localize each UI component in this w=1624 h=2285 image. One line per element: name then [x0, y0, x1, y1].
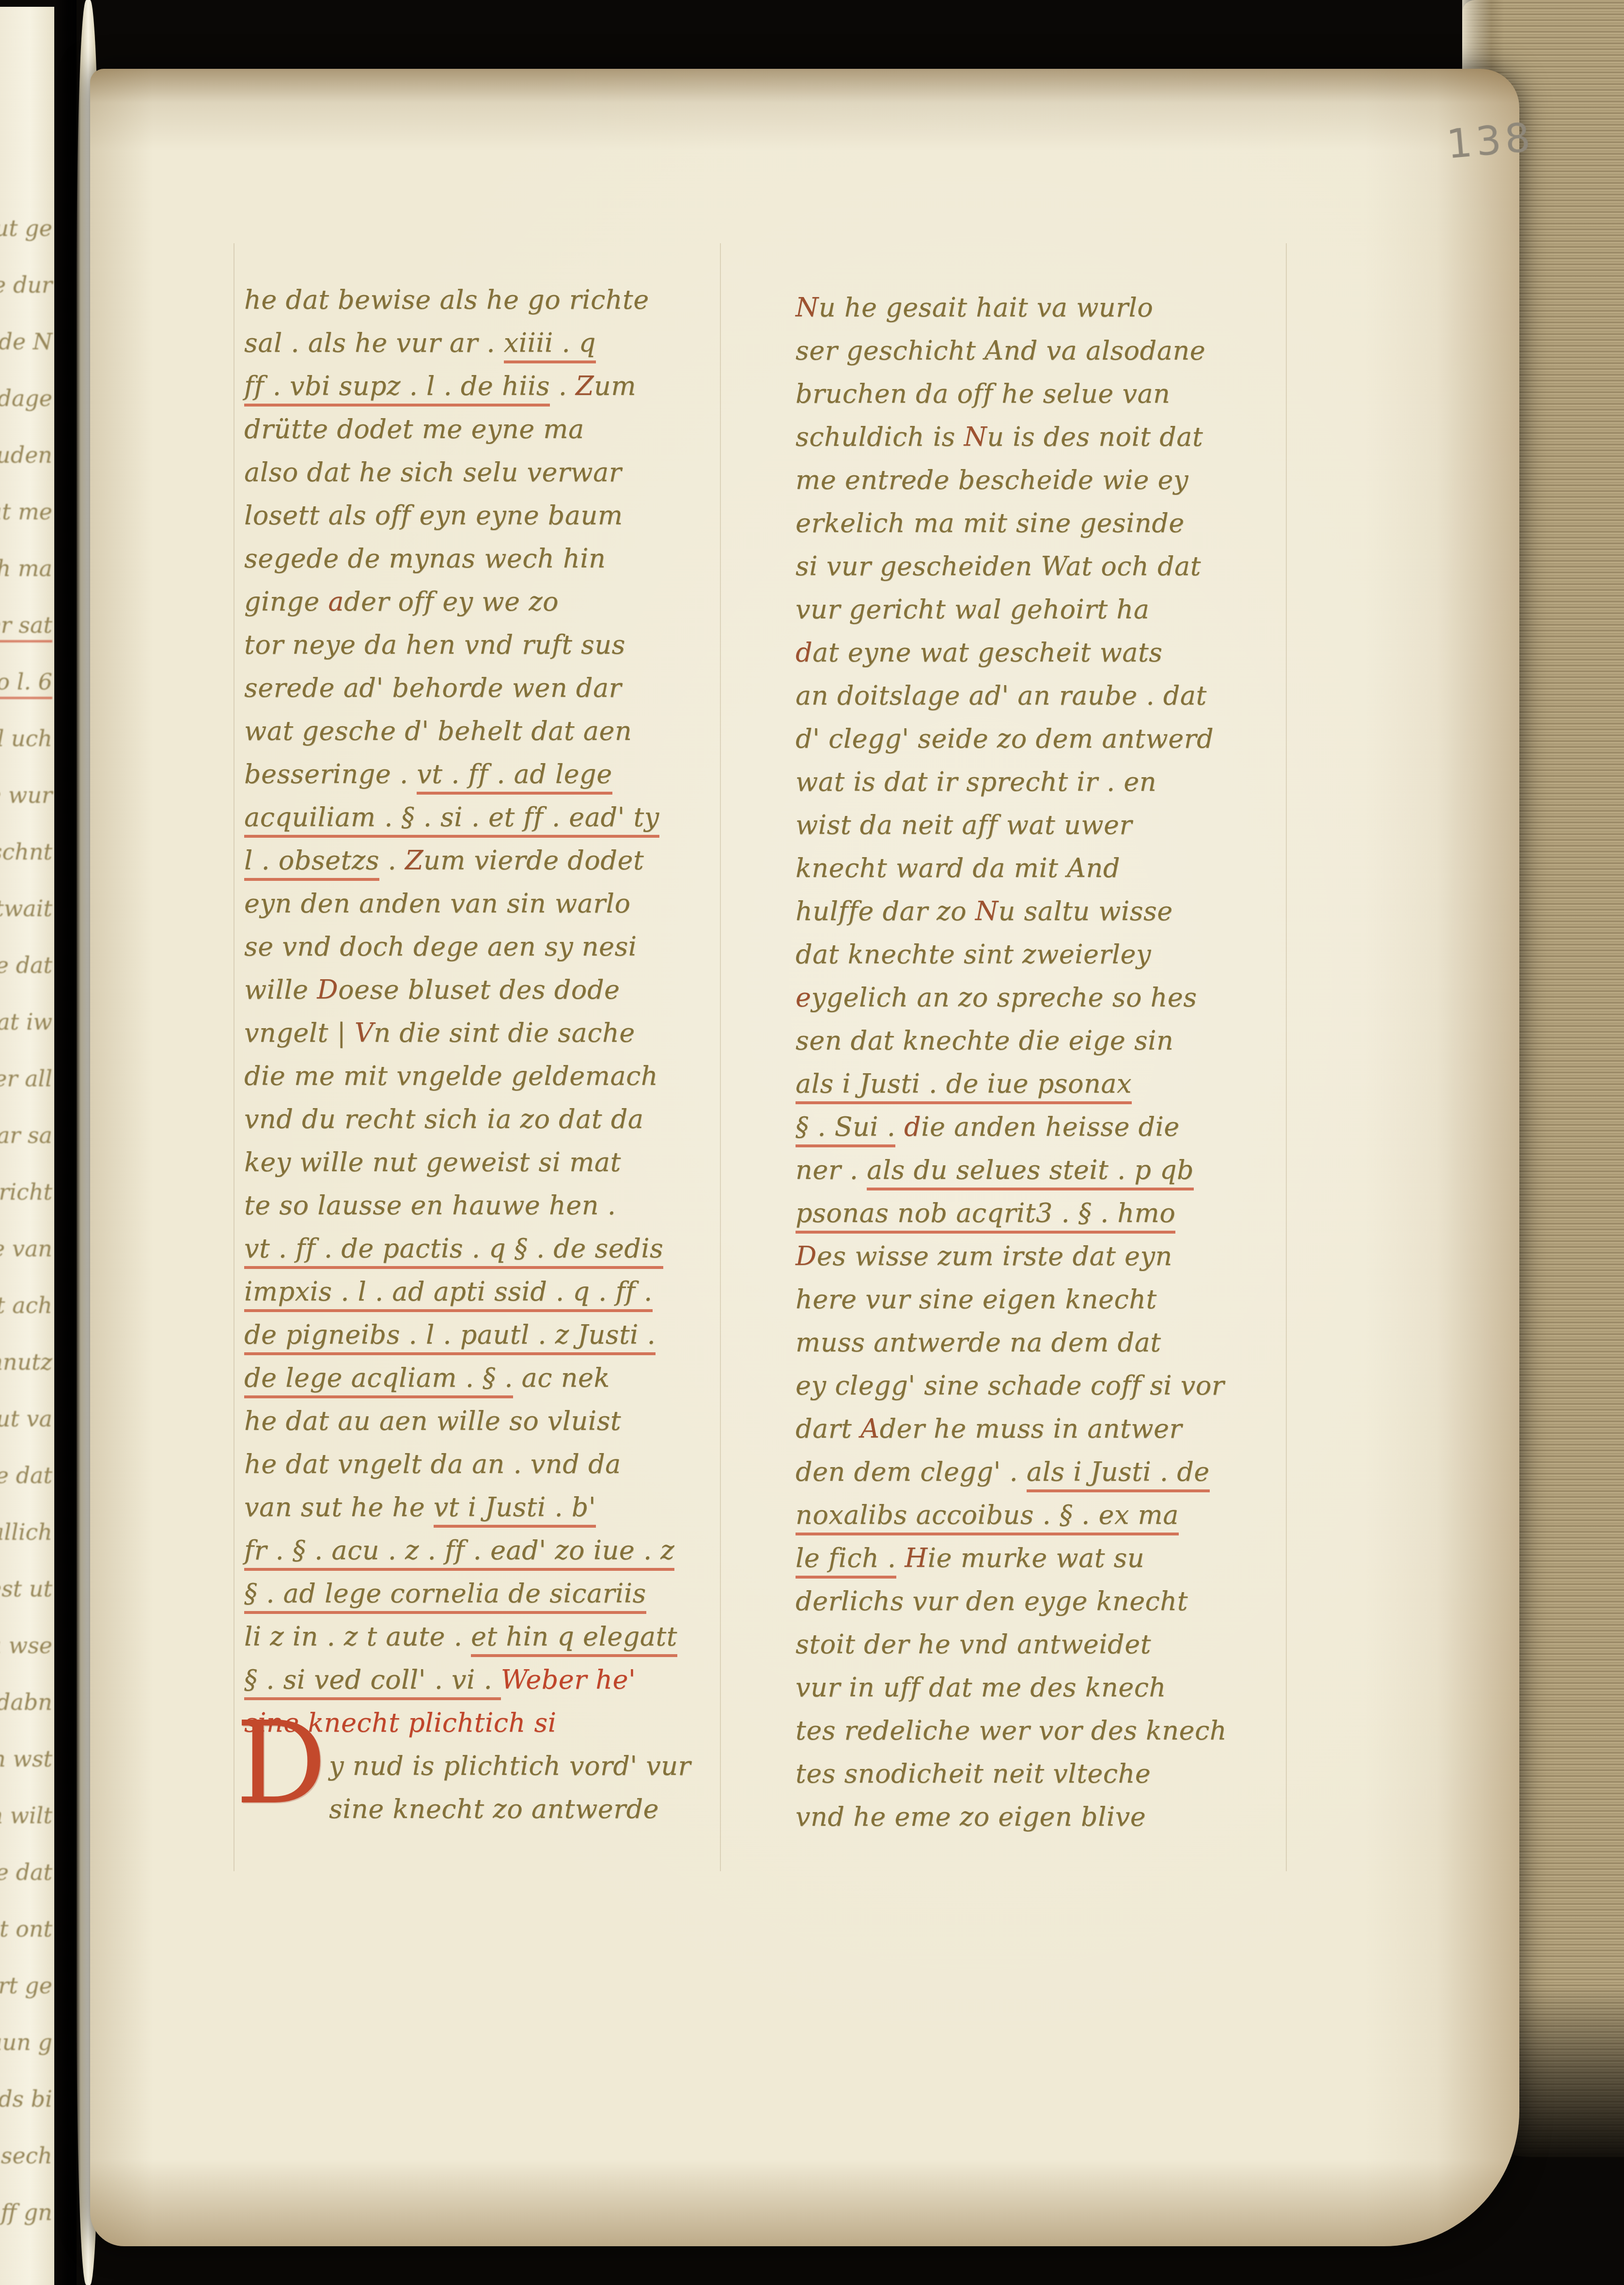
text-line: se vnd doch dege aen sy nesi — [244, 925, 734, 968]
previous-page-text-fragment: s her sat — [0, 612, 52, 642]
text-line: here vur sine eigen knecht — [796, 1278, 1295, 1321]
manuscript-text — [896, 1543, 905, 1573]
manuscript-text: u saltu wisse — [999, 896, 1173, 926]
text-line: me entrede bescheide wie ey — [796, 458, 1295, 501]
manuscript-text: vt . ff . de pactis . q § . de sedis — [244, 1233, 663, 1269]
previous-page-text-fragment: hade N — [0, 329, 52, 355]
manuscript-text: § . ad lege cornelia de sicariis — [244, 1578, 646, 1614]
manuscript-text: n die sint die sache — [374, 1017, 635, 1048]
manuscript-text: de lege acqliam . § . — [244, 1362, 513, 1398]
text-line: wist da neit aff wat uwer — [796, 803, 1295, 846]
previous-page-text-fragment: geschnt ach — [0, 1292, 52, 1318]
text-line: noxalibs accoibus . § . ex ma — [796, 1493, 1295, 1536]
text-line: l . obsetzs . Zum vierde dodet — [244, 839, 734, 882]
text-line: tes snodicheit neit vlteche — [796, 1752, 1295, 1795]
manuscript-text: u he gesait hait va wurlo — [819, 292, 1153, 323]
manuscript-text: der he muss in antwer — [879, 1413, 1182, 1444]
manuscript-text: oese bluset des dode — [338, 974, 620, 1005]
manuscript-text: drütte dodet me eyne ma — [244, 414, 584, 444]
manuscript-text: schuldich is — [796, 422, 964, 452]
text-line: dart Ader he muss in antwer — [796, 1407, 1295, 1450]
manuscript-text: knecht ward da mit And — [796, 853, 1120, 883]
manuscript-text: vt i Justi . b' — [434, 1492, 596, 1528]
manuscript-text: he dat bewise als he go richte — [244, 284, 649, 315]
previous-page-text-fragment: mach ma — [0, 555, 52, 581]
manuscript-text: ey clegg' sine schade coff si vor — [796, 1370, 1224, 1401]
previous-page-text-fragment: lich geschnt — [0, 839, 52, 865]
manuscript-text: noxalibs accoibus . § . ex ma — [796, 1500, 1179, 1535]
manuscript-text: sine knecht zo antwerde — [329, 1794, 659, 1824]
manuscript-text: als i Justi . de iue psonax — [796, 1068, 1132, 1104]
text-line: ser geschicht And va alsodane — [796, 329, 1295, 372]
previous-page-text-fragment: wortwait — [0, 895, 52, 922]
manuscript-text: N — [964, 422, 987, 452]
manuscript-text: impxis . l . ad apti ssid . q . ff . — [244, 1276, 653, 1312]
text-line: § . ad lege cornelia de sicariis — [244, 1572, 734, 1615]
text-line: van sut he he vt i Justi . b' — [244, 1486, 734, 1529]
text-line: de pigneibs . l . pautl . z Justi . — [244, 1313, 734, 1356]
manuscript-text: se vnd doch dege aen sy nesi — [244, 931, 637, 962]
manuscript-text: sal . als he vur ar . — [244, 328, 504, 358]
previous-page-text-fragment: hse dur — [0, 272, 52, 298]
text-line: schuldich is Nu is des noit dat — [796, 415, 1295, 458]
text-line: vur gericht wal gehoirt ha — [796, 588, 1295, 631]
text-line: derlichs vur den eyge knecht — [796, 1580, 1295, 1623]
manuscript-text: van sut he he — [244, 1492, 434, 1522]
manuscript-text: vnd du recht sich ia zo dat da — [244, 1104, 644, 1134]
previous-page-text-fragment: de wur — [0, 782, 52, 808]
manuscript-text: hulffe dar zo — [796, 896, 975, 926]
manuscript-text: te so lausse en hauwe hen . — [244, 1190, 616, 1221]
manuscript-text: § . si ved coll' . vi . — [244, 1664, 501, 1700]
manuscript-text: fr . § . acu . z . ff . ead' zo iue . z — [244, 1535, 674, 1571]
previous-page-text-fragment: wat iw — [0, 1009, 52, 1035]
manuscript-text: § . Sui . — [796, 1111, 895, 1147]
text-column-left: D he dat bewise als he go richtesal . al… — [244, 278, 734, 1831]
manuscript-text: d — [904, 1111, 921, 1142]
previous-page-text-fragment: d erbricht — [0, 1179, 52, 1205]
manuscript-text: als i Justi . de — [1027, 1456, 1210, 1492]
previous-page-text-fragment: mia sal uch — [0, 725, 52, 751]
manuscript-text: wille — [244, 974, 317, 1005]
manuscript-text: losett als off eyn eyne baum — [244, 500, 623, 531]
manuscript-text: a — [328, 586, 344, 617]
manuscript-text: der off ey we zo — [344, 586, 559, 617]
manuscript-text: dart — [796, 1413, 860, 1444]
text-line: de lege acqliam . § . ac nek — [244, 1356, 734, 1399]
previous-page-text-fragment: dat fut va — [0, 1406, 52, 1432]
text-line: sen dat knechte die eige sin — [796, 1019, 1295, 1062]
manuscript-text: e — [796, 982, 811, 1013]
previous-page-text-fragment: u pert ge — [0, 1972, 52, 1999]
manuscript-text: Z — [576, 371, 594, 401]
previous-page-text-fragment: fut ge — [0, 215, 52, 241]
manuscript-text: also dat he sich selu verwar — [244, 457, 622, 487]
text-line: wille Doese bluset des dode — [244, 968, 734, 1011]
text-line: § . Sui . die anden heisse die — [796, 1105, 1295, 1148]
text-line: wat gesche d' behelt dat aen — [244, 709, 734, 752]
manuscript-text: um — [594, 371, 636, 401]
red-initial-D: D — [235, 1715, 327, 1812]
manuscript-text: den dem clegg' . — [796, 1456, 1027, 1487]
manuscript-text: die me mit vngelde geldemach — [244, 1061, 658, 1091]
manuscript-text: he dat vngelt da an . vnd da — [244, 1449, 621, 1479]
manuscript-text: ie anden heisse die — [921, 1111, 1180, 1142]
text-line: he dat bewise als he go richte — [244, 278, 734, 321]
text-line: an doitslage ad' an raube . dat — [796, 674, 1295, 717]
text-line: hulffe dar zo Nu saltu wisse — [796, 890, 1295, 933]
manuscript-text: de pigneibs . l . pautl . z Justi . — [244, 1319, 656, 1355]
manuscript-text: ie murke wat su — [928, 1543, 1144, 1573]
previous-page-text-fragment: lat ff gn — [0, 2199, 52, 2225]
manuscript-text: et hin q elegatt — [471, 1621, 677, 1657]
manuscript-text: D — [317, 974, 338, 1005]
text-line: muss antwerde na dem dat — [796, 1321, 1295, 1364]
manuscript-text: dat knechte sint zweierley — [796, 939, 1151, 970]
manuscript-text: besseringe . — [244, 759, 417, 789]
text-line: si vur gescheiden Wat och dat — [796, 545, 1295, 588]
manuscript-text: wat is dat ir sprecht ir . en — [796, 767, 1156, 797]
manuscript-text: xiiii . q — [504, 328, 596, 363]
text-line: wat is dat ir sprecht ir . en — [796, 760, 1295, 803]
manuscript-text: erkelich ma mit sine gesinde — [796, 508, 1185, 538]
text-line: tes redeliche wer vor des knech — [796, 1709, 1295, 1752]
previous-page-text-fragment: dat me — [0, 499, 52, 525]
manuscript-text: . — [379, 845, 405, 876]
manuscript-text: at eyne wat gescheit wats — [812, 637, 1162, 668]
text-line: knecht ward da mit And — [796, 846, 1295, 890]
manuscript-photo: fut gehse durhade Noch dageschaudendat m… — [0, 0, 1624, 2285]
previous-page-text-fragment: ader all — [0, 1065, 52, 1092]
previous-page-text-fragment: och dage — [0, 385, 52, 411]
previous-page-text-fragment: her donnutz — [0, 1349, 52, 1375]
manuscript-text: u is des noit dat — [987, 422, 1203, 452]
manuscript-text: Z — [405, 845, 423, 876]
manuscript-text: eyn den anden van sin warlo — [244, 888, 630, 919]
text-line: vur in uff dat me des knech — [796, 1666, 1295, 1709]
previous-page-text-fragment: insecto l. 6 — [0, 669, 52, 699]
text-line: Nu he gesait hait va wurlo — [796, 286, 1295, 329]
manuscript-text: ygelich an zo spreche so hes — [811, 982, 1197, 1013]
manuscript-text: wat gesche d' behelt dat aen — [244, 716, 632, 746]
text-line: als i Justi . de iue psonax — [796, 1062, 1295, 1105]
text-line: bruchen da off he selue van — [796, 372, 1295, 415]
manuscript-text: acquiliam . § . si . et ff . ead' ty — [244, 802, 659, 838]
manuscript-text: sen dat knechte die eige sin — [796, 1025, 1173, 1056]
text-line: § . si ved coll' . vi . Weber he' — [244, 1658, 734, 1701]
manuscript-text: vnd he eme zo eigen blive — [796, 1801, 1146, 1832]
manuscript-text: vur gericht wal gehoirt ha — [796, 594, 1149, 625]
text-line: le fich . Hie murke wat su — [796, 1536, 1295, 1580]
manuscript-text: es wisse zum irste dat eyn — [817, 1241, 1172, 1271]
manuscript-text: V — [355, 1017, 374, 1048]
text-line: eygelich an zo spreche so hes — [796, 976, 1295, 1019]
text-line: he dat vngelt da an . vnd da — [244, 1442, 734, 1486]
text-line: losett als off eyn eyne baum — [244, 494, 734, 537]
text-line: key wille nut geweist si mat — [244, 1141, 734, 1184]
previous-page-text-fragment: uller mallich — [0, 1519, 52, 1545]
ruling-line — [234, 243, 234, 1871]
previous-page-strip: fut gehse durhade Noch dageschaudendat m… — [0, 7, 54, 2285]
manuscript-text: li z in . z t aute . — [244, 1621, 471, 1652]
manuscript-page: 138 D he dat bewise als he go richtesal … — [90, 69, 1519, 2246]
manuscript-text: . — [550, 371, 576, 401]
manuscript-text: he dat au aen wille so vluist — [244, 1406, 621, 1436]
manuscript-text: ner . — [796, 1155, 867, 1185]
manuscript-text: N — [975, 896, 999, 926]
text-line: he dat au aen wille so vluist — [244, 1399, 734, 1442]
manuscript-text: key wille nut geweist si mat — [244, 1147, 621, 1177]
manuscript-text: segede de mynas wech hin — [244, 543, 606, 574]
text-line: impxis . l . ad apti ssid . q . ff . — [244, 1270, 734, 1313]
text-line: stoit der he vnd antweidet — [796, 1623, 1295, 1666]
manuscript-text: tes snodicheit neit vlteche — [796, 1758, 1151, 1789]
previous-page-text-fragment: heit ont — [0, 1916, 52, 1942]
folio-number: 138 — [1445, 113, 1555, 168]
text-line: drütte dodet me eyne ma — [244, 407, 734, 451]
manuscript-text: psonas nob acqrit3 . § . hmo — [796, 1198, 1175, 1234]
text-line: li z in . z t aute . et hin q elegatt — [244, 1615, 734, 1658]
text-line: erkelich ma mit sine gesinde — [796, 501, 1295, 545]
manuscript-text: derlichs vur den eyge knecht — [796, 1586, 1188, 1616]
previous-page-text-fragment: zum wst — [0, 1746, 52, 1772]
manuscript-text: d' clegg' seide zo dem antwerd — [796, 723, 1214, 754]
manuscript-text: y nud is plichtich vord' vur — [329, 1751, 691, 1781]
text-line: acquiliam . § . si . et ff . ead' ty — [244, 796, 734, 839]
text-line: dat eyne wat gescheit wats — [796, 631, 1295, 674]
manuscript-text: ginge — [244, 586, 328, 617]
manuscript-text: H — [905, 1543, 928, 1573]
previous-page-text-fragment: l hie van — [0, 1236, 52, 1262]
text-line: vnd he eme zo eigen blive — [796, 1795, 1295, 1838]
text-line: also dat he sich selu verwar — [244, 451, 734, 494]
manuscript-text: als du selues steit . p qb — [867, 1155, 1194, 1190]
manuscript-text: um vierde dodet — [423, 845, 644, 876]
previous-page-text-fragment: schauden — [0, 442, 52, 468]
text-line: te so lausse en hauwe hen . — [244, 1184, 734, 1227]
gutter-shadow — [54, 0, 77, 2285]
text-line: den dem clegg' . als i Justi . de — [796, 1450, 1295, 1493]
previous-page-text-fragment: bewar sa — [0, 1122, 52, 1148]
previous-page-text-fragment: e aen sech — [0, 2143, 52, 2169]
manuscript-text: l . obsetzs — [244, 845, 379, 881]
manuscript-text: N — [796, 292, 819, 323]
manuscript-text: wist da neit aff wat uwer — [796, 810, 1132, 840]
manuscript-text: A — [860, 1413, 880, 1444]
text-line: ginge ader off ey we zo — [244, 580, 734, 623]
text-line: psonas nob acqrit3 . § . hmo — [796, 1191, 1295, 1235]
previous-page-text-fragment: golde De dat — [0, 1462, 52, 1488]
manuscript-text: muss antwerde na dem dat — [796, 1327, 1161, 1358]
manuscript-text: tes redeliche wer vor des knech — [796, 1715, 1227, 1746]
text-column-right: Nu he gesait hait va wurloser geschicht … — [796, 286, 1295, 1838]
text-line: serede ad' behorde wen dar — [244, 666, 734, 709]
manuscript-text: vngelt | — [244, 1017, 355, 1048]
manuscript-text: le fich . — [796, 1543, 896, 1579]
manuscript-text: vur in uff dat me des knech — [796, 1672, 1166, 1703]
text-line: tor neye da hen vnd ruft sus — [244, 623, 734, 666]
previous-page-text-fragment: melaun g — [0, 2029, 52, 2055]
previous-page-text-fragment: solde dat — [0, 952, 52, 978]
text-line: Des wisse zum irste dat eyn — [796, 1235, 1295, 1278]
manuscript-text — [895, 1111, 904, 1142]
previous-page-text-fragment: dat gest ut — [0, 1576, 52, 1602]
text-line: eyn den anden van sin warlo — [244, 882, 734, 925]
manuscript-text: stoit der he vnd antweidet — [796, 1629, 1151, 1659]
previous-page-text-fragment: he sache dat — [0, 1859, 52, 1885]
previous-page-text-fragment: e aen wilt — [0, 1802, 52, 1829]
text-line: ey clegg' sine schade coff si vor — [796, 1364, 1295, 1407]
manuscript-text: ac nek — [513, 1362, 610, 1393]
text-line: ff . vbi supz . l . de hiis . Zum — [244, 364, 734, 407]
previous-page-text-fragment: n ands bi — [0, 2086, 52, 2112]
text-line: dat knechte sint zweierley — [796, 933, 1295, 976]
manuscript-text: ff . vbi supz . l . de hiis — [244, 371, 550, 407]
text-line: ner . als du selues steit . p qb — [796, 1148, 1295, 1191]
manuscript-text: an doitslage ad' an raube . dat — [796, 680, 1207, 711]
manuscript-text: d — [796, 637, 812, 668]
text-line: die me mit vngelde geldemach — [244, 1054, 734, 1097]
text-line: vngelt | Vn die sint die sache — [244, 1011, 734, 1054]
manuscript-text: D — [796, 1241, 817, 1271]
text-line: besseringe . vt . ff . ad lege — [244, 752, 734, 796]
manuscript-text: serede ad' behorde wen dar — [244, 673, 622, 703]
previous-page-text-fragment: salu wse — [0, 1632, 52, 1659]
rubric-text: Weber he' — [501, 1664, 636, 1695]
text-line: vt . ff . de pactis . q § . de sedis — [244, 1227, 734, 1270]
manuscript-text: bruchen da off he selue van — [796, 378, 1170, 409]
text-line: vnd du recht sich ia zo dat da — [244, 1097, 734, 1141]
manuscript-text: vt . ff . ad lege — [417, 759, 612, 795]
text-line: fr . § . acu . z . ff . ead' zo iue . z — [244, 1529, 734, 1572]
manuscript-text: here vur sine eigen knecht — [796, 1284, 1157, 1315]
manuscript-text: me entrede bescheide wie ey — [796, 465, 1188, 495]
manuscript-text: si vur gescheiden Wat och dat — [796, 551, 1201, 581]
text-line: d' clegg' seide zo dem antwerd — [796, 717, 1295, 760]
previous-page-text-fragment: dem dabn — [0, 1689, 52, 1715]
text-line: sal . als he vur ar . xiiii . q — [244, 321, 734, 364]
manuscript-text: tor neye da hen vnd ruft sus — [244, 629, 625, 660]
manuscript-text: ser geschicht And va alsodane — [796, 335, 1205, 366]
text-line: segede de mynas wech hin — [244, 537, 734, 580]
